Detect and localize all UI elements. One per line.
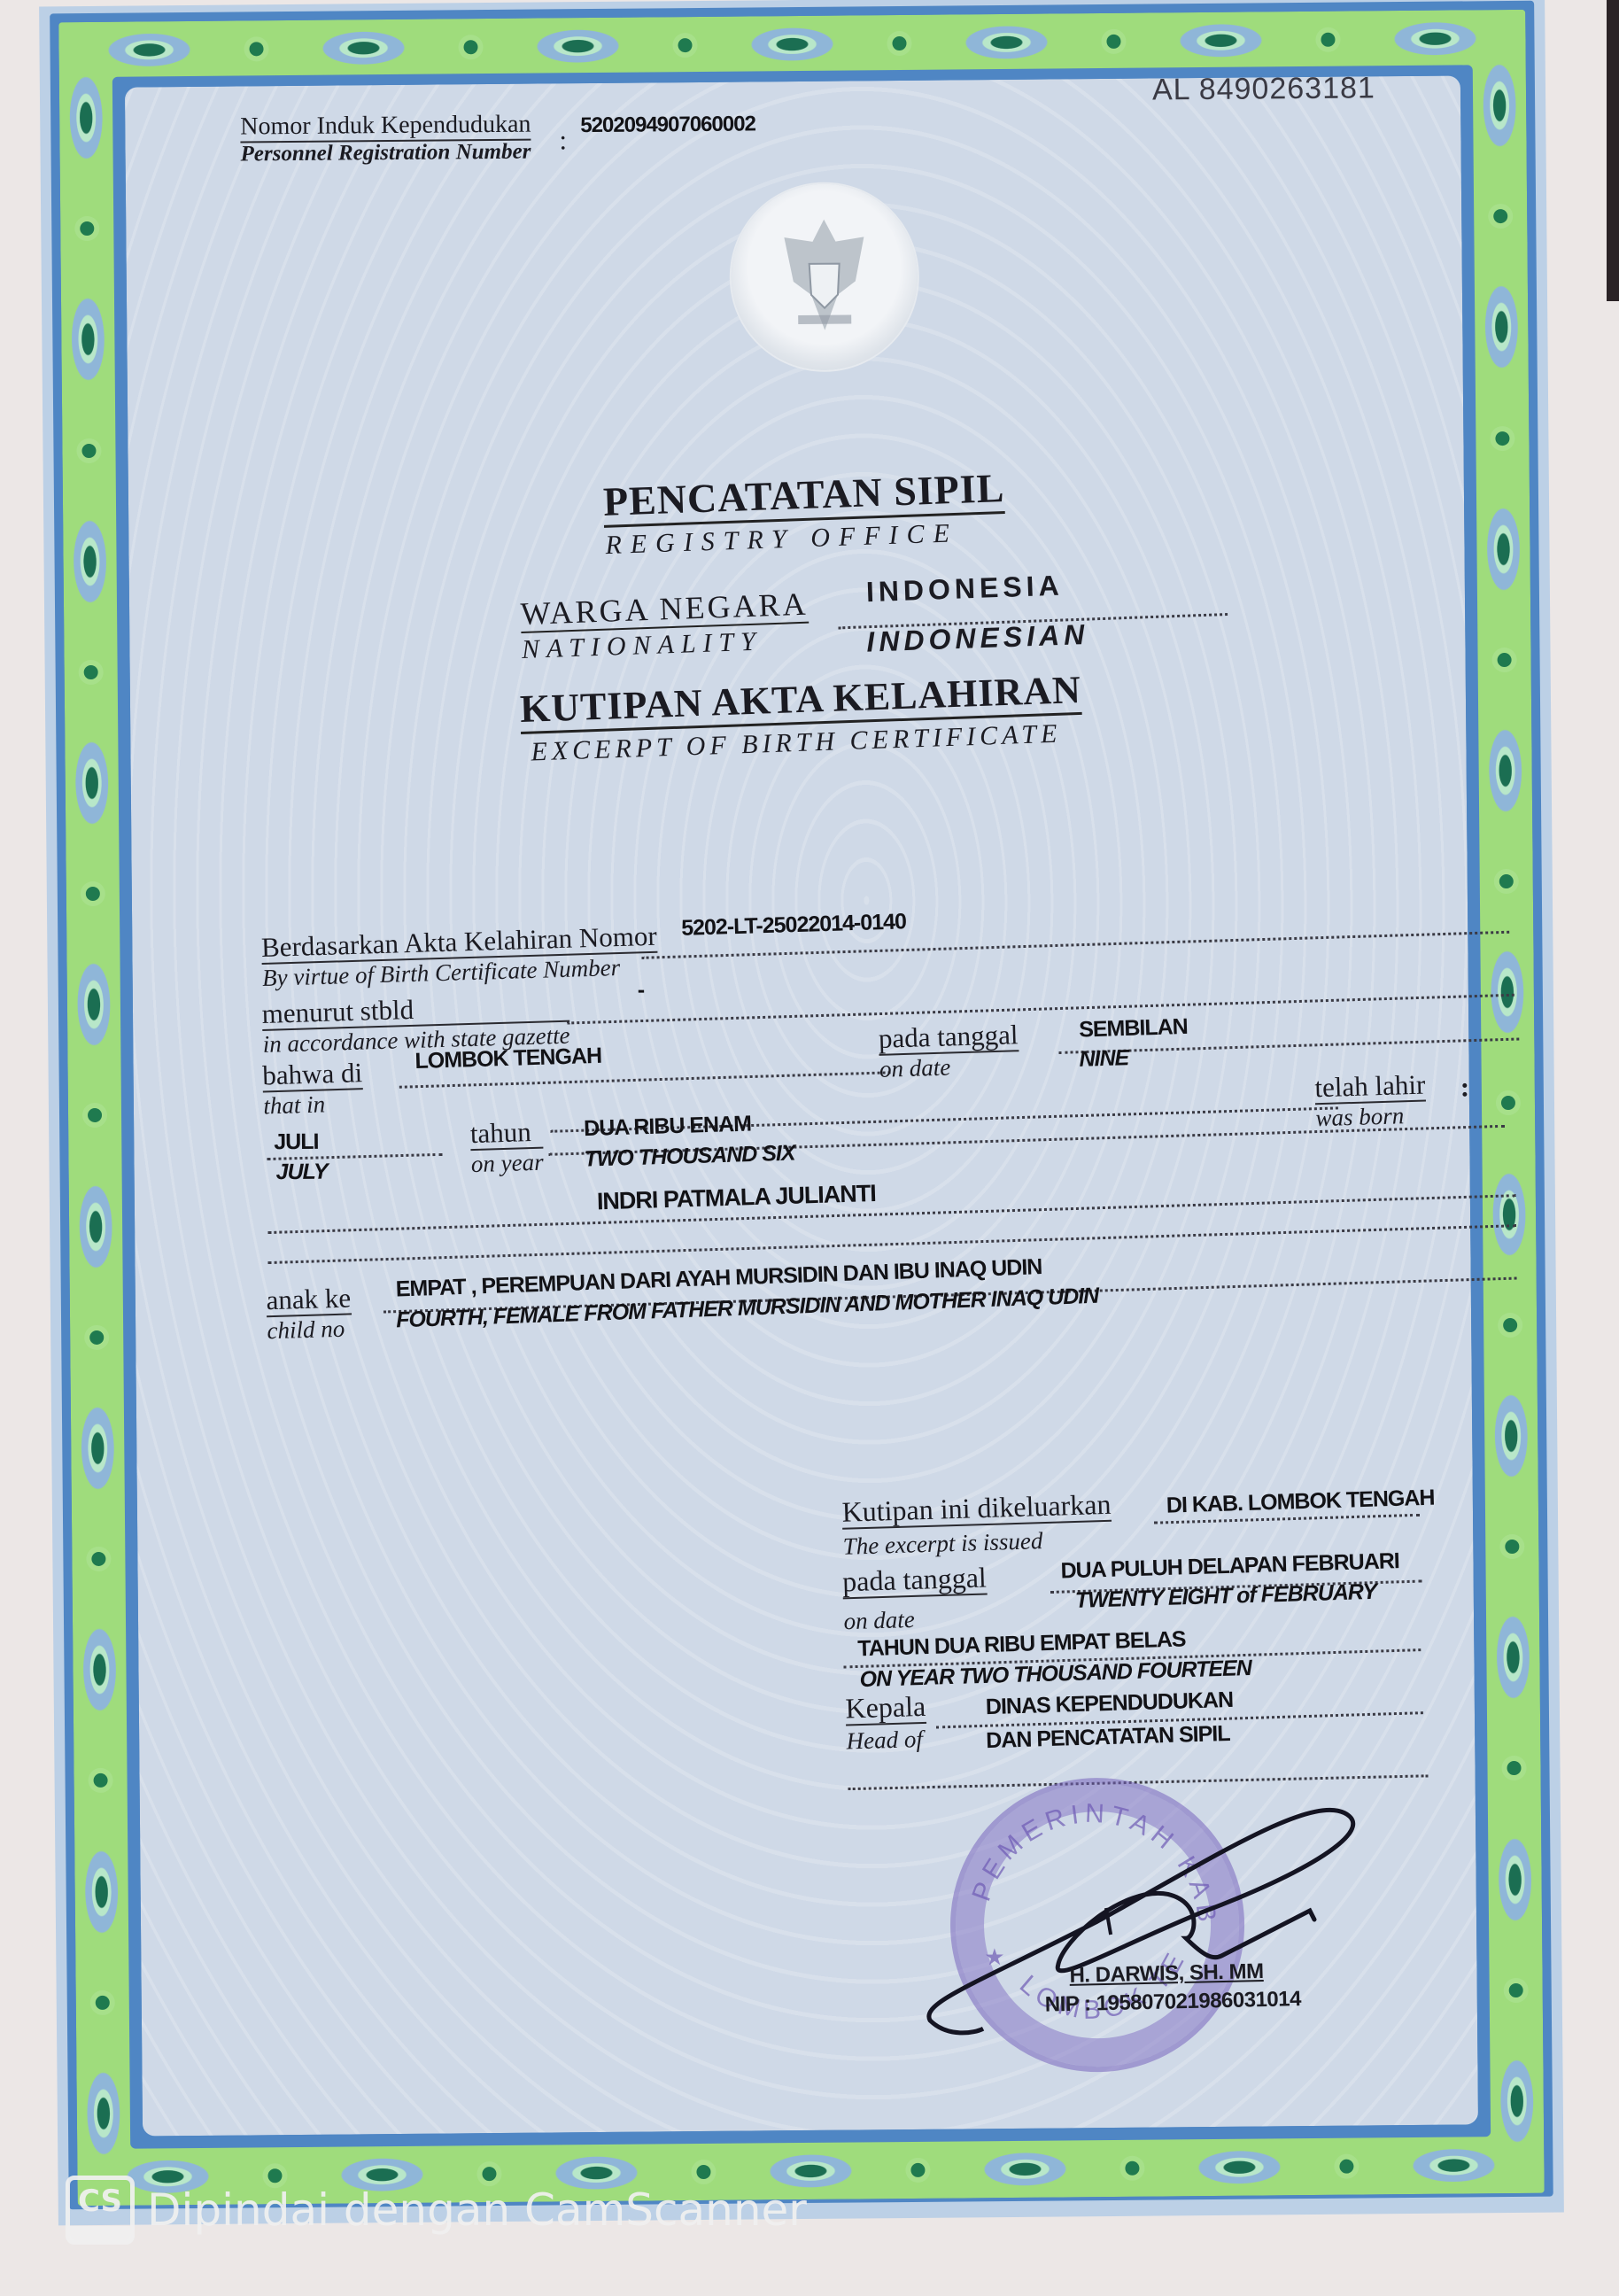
issue-date-value-id: DUA PULUH DELAPAN FEBRUARI [1060,1550,1399,1582]
birth-year-label-id: tahun [469,1118,543,1151]
born-label-en: was born [1315,1104,1427,1131]
nationality-value-id: INDONESIA [865,569,1064,609]
camscanner-logo-icon: CS [66,2176,135,2245]
certificate-page: AL 8490263181 Nomor Induk Kependudukan P… [39,0,1564,2225]
issued-value: DI KAB. LOMBOK TENGAH [1166,1487,1435,1517]
birth-year-label-en: on year [471,1151,544,1176]
certificate-body: AL 8490263181 Nomor Induk Kependudukan P… [125,75,1478,2136]
place-label-en: that in [263,1091,364,1118]
nationality-label: WARGA NEGARA NATIONALITY [520,588,809,663]
born-label-id: telah lahir [1314,1071,1426,1105]
head-label: Kepala Head of [845,1692,927,1754]
nik-label: Nomor Induk Kependudukan Personnel Regis… [240,112,531,166]
birth-date-value-en: NINE [1079,1047,1128,1071]
child-no-label-id: anak ke [266,1284,352,1317]
birth-date-value-id: SEMBILAN [1079,1016,1188,1042]
nik-label-en: Personnel Registration Number [240,141,531,166]
stbld-dotted-line [567,994,1514,1025]
issue-year-value-id: TAHUN DUA RIBU EMPAT BELAS [857,1628,1186,1660]
born-colon: : [1460,1073,1470,1100]
issue-date-value-en: TWENTY EIGHT of FEBRUARY [1075,1581,1377,1612]
child-name-dotted-line [267,1194,1515,1234]
child-no-label-en: child no [267,1316,352,1343]
cert-number-label: Berdasarkan Akta Kelahiran Nomor By virt… [261,922,658,990]
issue-date-label-id: pada tanggal [842,1563,988,1600]
nik-separator: : [559,126,567,153]
garuda-emblem-icon [731,183,918,371]
camscanner-watermark-text: Dipindai dengan CamScanner [147,2184,807,2236]
place-value: LOMBOK TENGAH [414,1045,601,1073]
issued-label: Kutipan ini dikeluarkan The excerpt is i… [841,1490,1112,1559]
head-label-id: Kepala [845,1692,926,1726]
birth-month-value-en: JULY [275,1161,327,1184]
nik-label-id: Nomor Induk Kependudukan [240,112,531,143]
garuda-emblem-icon [766,210,882,344]
birth-year-value-en: TWO THOUSAND SIX [584,1143,795,1171]
nationality-label-id: WARGA NEGARA [520,588,809,633]
place-label: bahwa di that in [262,1059,364,1118]
camscanner-watermark: CS Dipindai dengan CamScanner [66,2176,807,2245]
head-value-line2: DAN PENCATATAN SIPIL [986,1723,1230,1752]
birth-date-label: pada tanggal on date [879,1020,1019,1082]
issue-date-label-en: on date [843,1605,988,1633]
background-edge [1607,0,1619,301]
issue-date-label: pada tanggal on date [842,1563,988,1634]
cert-number-value: 5202-LT-25022014-0140 [681,911,906,940]
child-no-label: anak ke child no [266,1284,352,1343]
head-value-line1: DINAS KEPENDUDUKAN [986,1689,1234,1718]
birth-month-value-id: JULI [274,1131,318,1153]
birth-year-value-id: DUA RIBU ENAM [584,1113,752,1141]
nik-value: 5202094907060002 [580,113,755,136]
birth-date-label-en: on date [879,1053,1019,1082]
born-label: telah lahir was born [1314,1071,1427,1131]
nationality-value-en: INDONESIAN [866,618,1089,659]
issued-label-id: Kutipan ini dikeluarkan [841,1490,1112,1530]
birth-year-label: tahun on year [469,1118,544,1176]
nationality-label-en: NATIONALITY [522,627,810,663]
place-label-id: bahwa di [262,1059,363,1092]
serial-number: AL 8490263181 [1152,73,1375,105]
stbld-value: - [638,980,645,1002]
issued-label-en: The excerpt is issued [842,1527,1112,1559]
child-name-value: INDRI PATMALA JULIANTI [597,1182,877,1214]
child-no-top-dotted-line [268,1224,1516,1264]
birth-date-label-id: pada tanggal [879,1020,1019,1056]
issue-year-value-en: ON YEAR TWO THOUSAND FOURTEEN [859,1657,1251,1691]
place-dotted-line [399,1071,891,1088]
signatory-name: H. DARWIS, SH. MM [1069,1959,1264,1989]
head-label-en: Head of [846,1727,926,1754]
